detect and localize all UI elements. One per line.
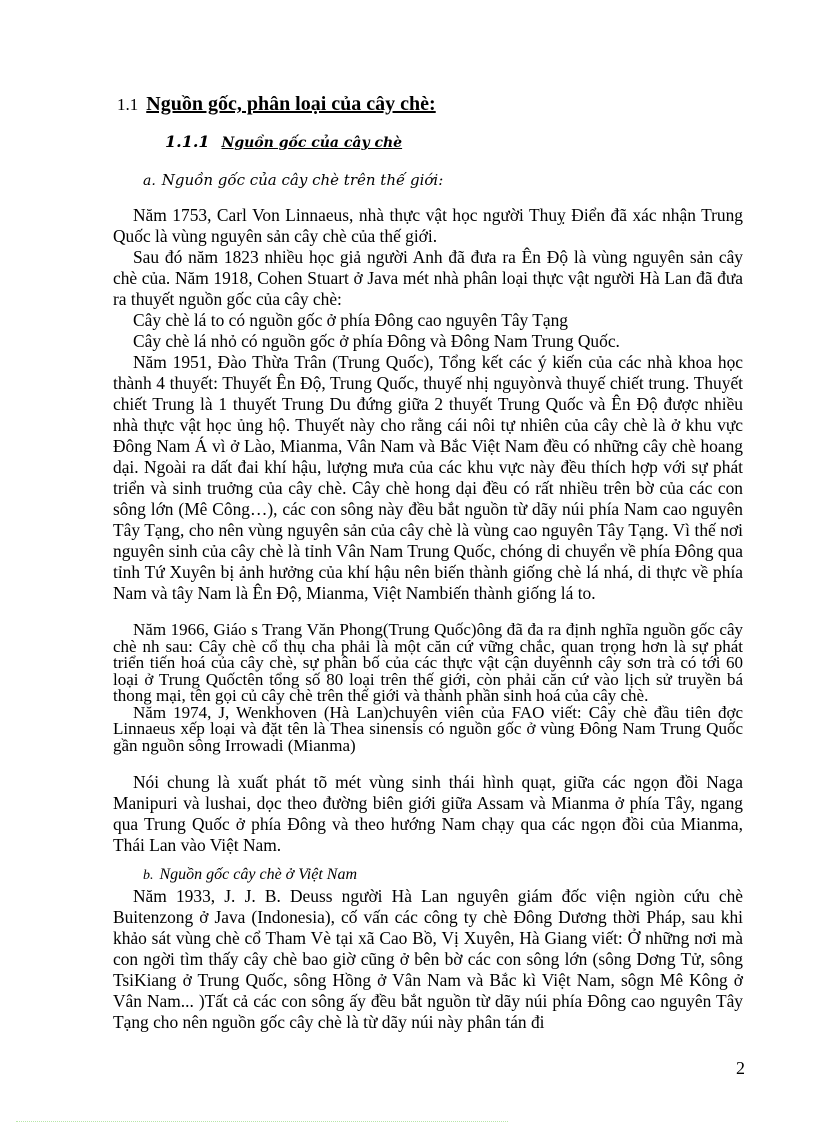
part-a-label: a.	[143, 173, 156, 189]
section-title: Nguồn gốc, phân loại của cây chè:	[146, 93, 435, 115]
page-number: 2	[736, 1058, 745, 1079]
subsection-heading: 1.1.1Nguồn gốc của cây chè	[165, 132, 402, 151]
paragraph: Năm 1753, Carl Von Linnaeus, nhà thực vậ…	[113, 205, 743, 247]
part-b-title: Nguồn gốc cây chè ở Việt Nam	[160, 866, 358, 883]
part-a-body-3: Nói chung là xuất phát tõ mét vùng sinh …	[113, 772, 743, 856]
page-boundary-divider	[16, 1121, 508, 1122]
paragraph: Cây chè lá to có nguồn gốc ở phía Đông c…	[113, 310, 743, 331]
part-a-title: Nguồn gốc của cây chè trên thế giới:	[162, 171, 443, 189]
section-heading: 1.1Nguồn gốc, phân loại của cây chè:	[117, 93, 436, 116]
paragraph: Năm 1974, J, Wenkhoven (Hà Lan)chuyên vi…	[113, 705, 743, 755]
paragraph: Sau đó năm 1823 nhiều học giả người Anh …	[113, 247, 743, 310]
document-page: 1.1Nguồn gốc, phân loại của cây chè: 1.1…	[0, 0, 816, 1123]
paragraph: Nói chung là xuất phát tõ mét vùng sinh …	[113, 772, 743, 856]
subsection-number: 1.1.1	[165, 132, 210, 151]
part-b-body: Năm 1933, J. J. B. Deuss người Hà Lan ng…	[113, 886, 743, 1033]
paragraph: Năm 1966, Giáo s Trang Văn Phong(Trung Q…	[113, 622, 743, 705]
section-number: 1.1	[117, 95, 138, 114]
paragraph: Năm 1951, Đào Thừa Trân (Trung Quốc), Tổ…	[113, 352, 743, 604]
subsection-title: Nguồn gốc của cây chè	[222, 135, 403, 151]
part-b-label: b.	[143, 868, 154, 883]
part-b-heading: b.Nguồn gốc cây chè ở Việt Nam	[143, 866, 357, 884]
paragraph: Năm 1933, J. J. B. Deuss người Hà Lan ng…	[113, 886, 743, 1033]
paragraph: Cây chè lá nhỏ có nguồn gốc ở phía Đông …	[113, 331, 743, 352]
part-a-body-2: Năm 1966, Giáo s Trang Văn Phong(Trung Q…	[113, 622, 743, 754]
part-a-heading: a.Nguồn gốc của cây chè trên thế giới:	[143, 170, 443, 189]
part-a-body-1: Năm 1753, Carl Von Linnaeus, nhà thực vậ…	[113, 205, 743, 604]
